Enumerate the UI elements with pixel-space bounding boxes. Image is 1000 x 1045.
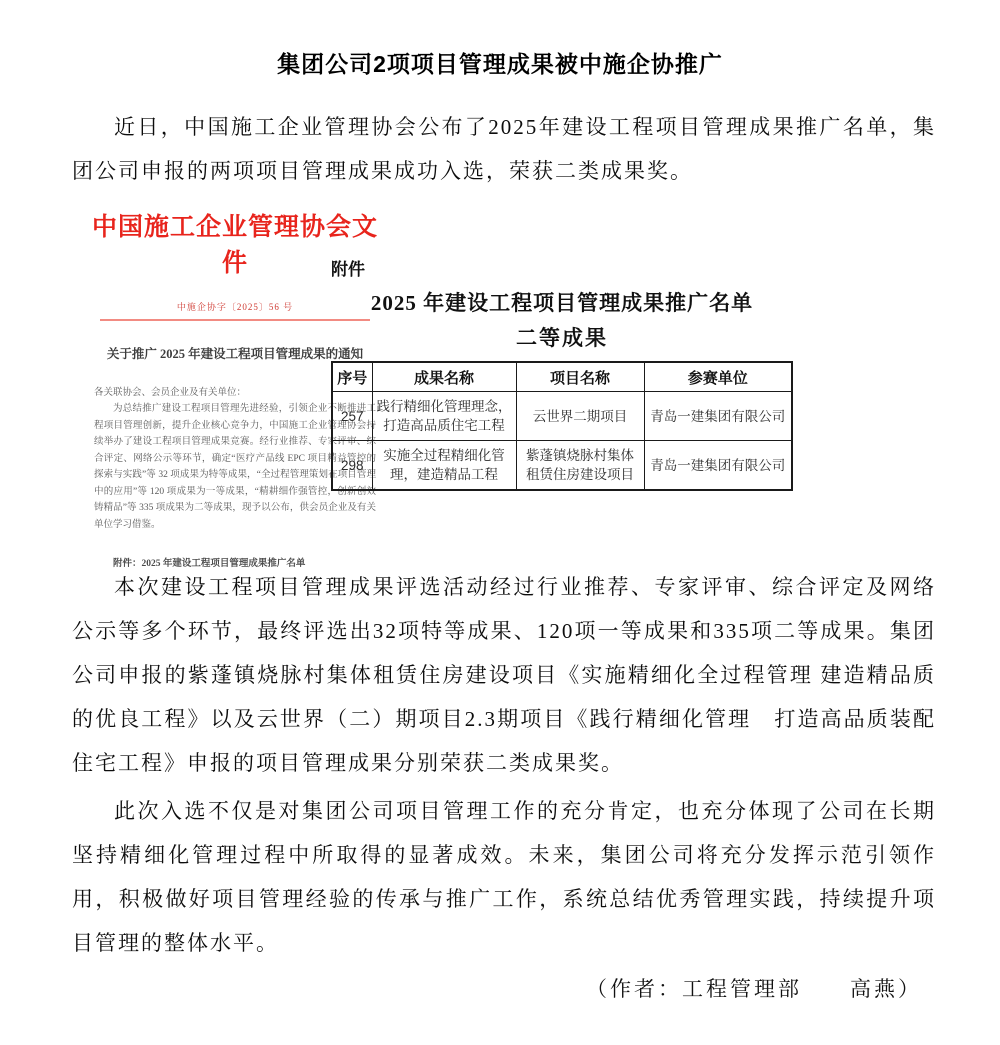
paragraph-intro: 近日，中国施工企业管理协会公布了2025年建设工程项目管理成果推广名单，集团公司… — [72, 105, 936, 193]
attachment-subtitle: 二等成果 — [331, 322, 793, 352]
table-row: 298 实施全过程精细化管理，建造精品工程 紫蓬镇烧脉村集体租赁住房建设项目 青… — [332, 441, 792, 491]
header-unit: 参赛单位 — [644, 362, 792, 392]
cell-serial: 257 — [332, 392, 372, 441]
attachment-label: 附件 — [331, 255, 793, 280]
document-page: 集团公司2项项目管理成果被中施企协推广 近日，中国施工企业管理协会公布了2025… — [0, 0, 1000, 1045]
header-serial: 序号 — [332, 362, 372, 392]
header-achievement: 成果名称 — [372, 362, 516, 392]
attachment-panel: 附件 2025 年建设工程项目管理成果推广名单 二等成果 序号 成果名称 项目名… — [331, 255, 793, 491]
attachment-title: 2025 年建设工程项目管理成果推广名单 — [331, 287, 793, 317]
cell-project: 云世界二期项目 — [516, 392, 644, 441]
table-header-row: 序号 成果名称 项目名称 参赛单位 — [332, 362, 792, 392]
header-project: 项目名称 — [516, 362, 644, 392]
cell-achievement: 实施全过程精细化管理，建造精品工程 — [372, 441, 516, 491]
cell-unit: 青岛一建集团有限公司 — [644, 441, 792, 491]
red-divider — [100, 319, 370, 321]
notice-attachment-note: 附件：2025 年建设工程项目管理成果推广名单 — [94, 555, 376, 569]
article-title: 集团公司2项项目管理成果被中施企协推广 — [0, 0, 1000, 79]
cell-project: 紫蓬镇烧脉村集体租赁住房建设项目 — [516, 441, 644, 491]
results-table: 序号 成果名称 项目名称 参赛单位 257 践行精细化管理理念，打造高品质住宅工… — [331, 361, 793, 491]
attachment-figure: 中国施工企业管理协会文件 中施企协字〔2025〕56 号 关于推广 2025 年… — [0, 195, 1000, 551]
table-row: 257 践行精细化管理理念，打造高品质住宅工程 云世界二期项目 青岛一建集团有限… — [332, 392, 792, 441]
author-line: （作者：工程管理部 高燕） — [0, 973, 922, 1003]
cell-serial: 298 — [332, 441, 372, 491]
paragraph-results: 本次建设工程项目管理成果评选活动经过行业推荐、专家评审、综合评定及网络公示等多个… — [72, 565, 936, 785]
paragraph-outlook: 此次入选不仅是对集团公司项目管理工作的充分肯定，也充分体现了公司在长期坚持精细化… — [72, 789, 936, 965]
cell-achievement: 践行精细化管理理念，打造高品质住宅工程 — [372, 392, 516, 441]
cell-unit: 青岛一建集团有限公司 — [644, 392, 792, 441]
